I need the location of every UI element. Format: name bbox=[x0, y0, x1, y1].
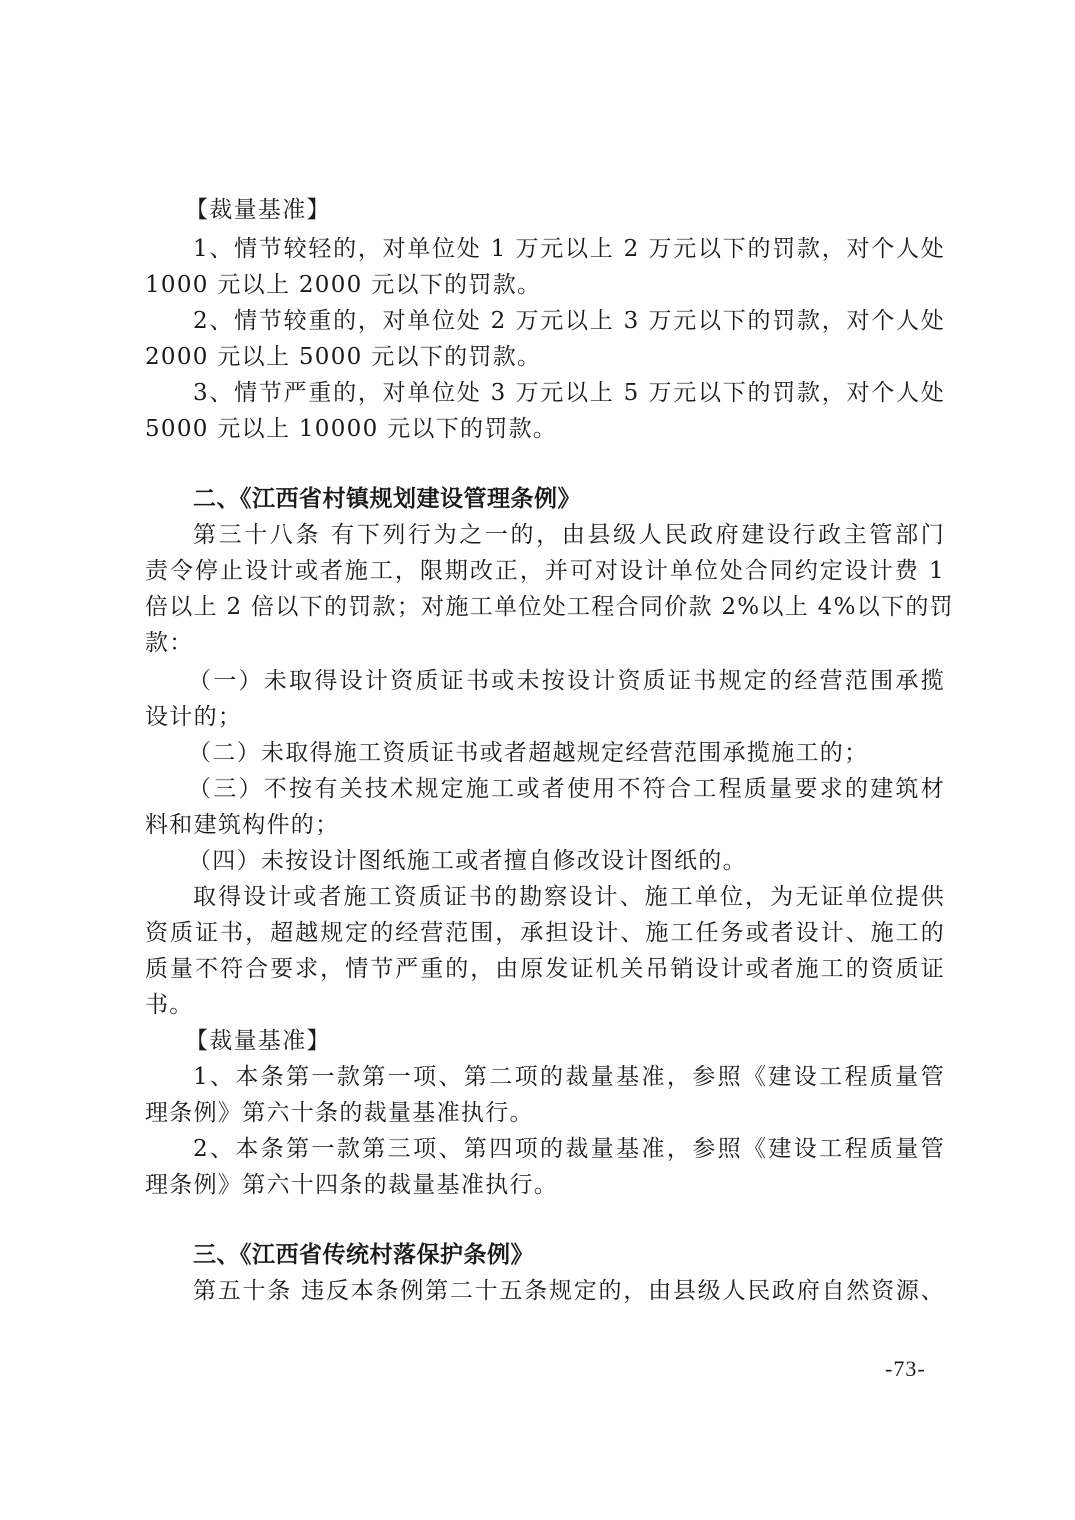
page-number: -73- bbox=[885, 1354, 926, 1384]
article-38-line3: 倍以上 2 倍以下的罚款；对施工单位处工程合同价款 2%以上 4%以下的罚 bbox=[145, 590, 945, 624]
paragraph-line2: 资质证书，超越规定的经营范围，承担设计、施工任务或者设计、施工的 bbox=[145, 916, 945, 950]
article-38-line1: 第三十八条 有下列行为之一的，由县级人民政府建设行政主管部门 bbox=[193, 518, 945, 552]
standard-item-3-line2: 5000 元以上 10000 元以下的罚款。 bbox=[145, 412, 945, 446]
standard-item-2-line1: 2、情节较重的，对单位处 2 万元以上 3 万元以下的罚款，对个人处 bbox=[193, 304, 945, 338]
standard-item-2-line2: 2000 元以上 5000 元以下的罚款。 bbox=[145, 340, 945, 374]
clause-3-line2: 料和建筑构件的； bbox=[145, 808, 945, 842]
clause-1-line1: （一）未取得设计资质证书或未按设计资质证书规定的经营范围承揽 bbox=[188, 664, 945, 698]
article-50-line1: 第五十条 违反本条例第二十五条规定的，由县级人民政府自然资源、 bbox=[193, 1274, 945, 1308]
clause-4-line1: （四）未按设计图纸施工或者擅自修改设计图纸的。 bbox=[188, 844, 945, 878]
standard-item-1-line1: 1、情节较轻的，对单位处 1 万元以上 2 万元以下的罚款，对个人处 bbox=[193, 232, 945, 266]
paragraph-line3: 质量不符合要求，情节严重的，由原发证机关吊销设计或者施工的资质证 bbox=[145, 952, 945, 986]
article-38-line4: 款： bbox=[145, 626, 945, 660]
section-3-heading: 三、《江西省传统村落保护条例》 bbox=[193, 1238, 945, 1272]
document-page: 【裁量基准】 1、情节较轻的，对单位处 1 万元以上 2 万元以下的罚款，对个人… bbox=[0, 0, 1075, 1520]
section-2-standard-label: 【裁量基准】 bbox=[185, 1024, 985, 1058]
paragraph-line1: 取得设计或者施工资质证书的勘察设计、施工单位，为无证单位提供 bbox=[193, 880, 945, 914]
article-38-line2: 责令停止设计或者施工，限期改正，并可对设计单位处合同约定设计费 1 bbox=[145, 554, 945, 588]
standard-item-1-line2: 1000 元以上 2000 元以下的罚款。 bbox=[145, 268, 945, 302]
standard-item-3-line1: 3、情节严重的，对单位处 3 万元以上 5 万元以下的罚款，对个人处 bbox=[193, 376, 945, 410]
clause-2-line1: （二）未取得施工资质证书或者超越规定经营范围承揽施工的； bbox=[188, 736, 945, 770]
section-2-standard-2-line1: 2、本条第一款第三项、第四项的裁量基准，参照《建设工程质量管 bbox=[193, 1132, 945, 1166]
section-2-standard-1-line1: 1、本条第一款第一项、第二项的裁量基准，参照《建设工程质量管 bbox=[193, 1060, 945, 1094]
section-2-heading: 二、《江西省村镇规划建设管理条例》 bbox=[193, 482, 945, 516]
discretion-standard-label: 【裁量基准】 bbox=[185, 193, 985, 227]
section-2-standard-2-line2: 理条例》第六十四条的裁量基准执行。 bbox=[145, 1168, 945, 1202]
clause-1-line2: 设计的； bbox=[145, 700, 945, 734]
section-2-standard-1-line2: 理条例》第六十条的裁量基准执行。 bbox=[145, 1096, 945, 1130]
clause-3-line1: （三）不按有关技术规定施工或者使用不符合工程质量要求的建筑材 bbox=[188, 772, 945, 806]
paragraph-line4: 书。 bbox=[145, 988, 945, 1022]
